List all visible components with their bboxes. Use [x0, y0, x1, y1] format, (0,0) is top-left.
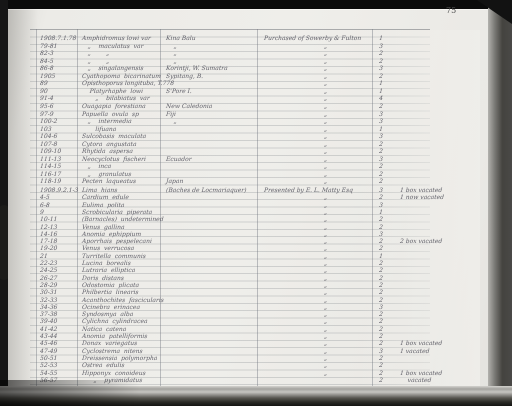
column-rule-margin	[36, 29, 37, 388]
register-row: 118-19Pecten laqueatusJapan„2	[38, 178, 488, 186]
loc-cell: Japan	[166, 178, 184, 186]
header-rule	[30, 29, 430, 30]
count-cell: 2	[374, 178, 389, 186]
scan-top-edge	[0, 0, 512, 9]
bottom-left-shadow	[0, 380, 140, 406]
page-right-edge	[488, 0, 512, 406]
ledger-page: 75 1908.7.1.78Amphidromus lowi varKina B…	[8, 9, 490, 388]
book-spine-edge	[0, 0, 8, 406]
note-cell: vacated	[400, 377, 432, 385]
scanned-register-page: 75 1908.7.1.78Amphidromus lowi varKina B…	[0, 0, 512, 406]
page-number: 75	[446, 6, 456, 15]
count-cell: 2	[374, 377, 389, 385]
donor-cell: „	[324, 178, 328, 186]
name-cell: Pecten laqueatus	[82, 178, 137, 186]
